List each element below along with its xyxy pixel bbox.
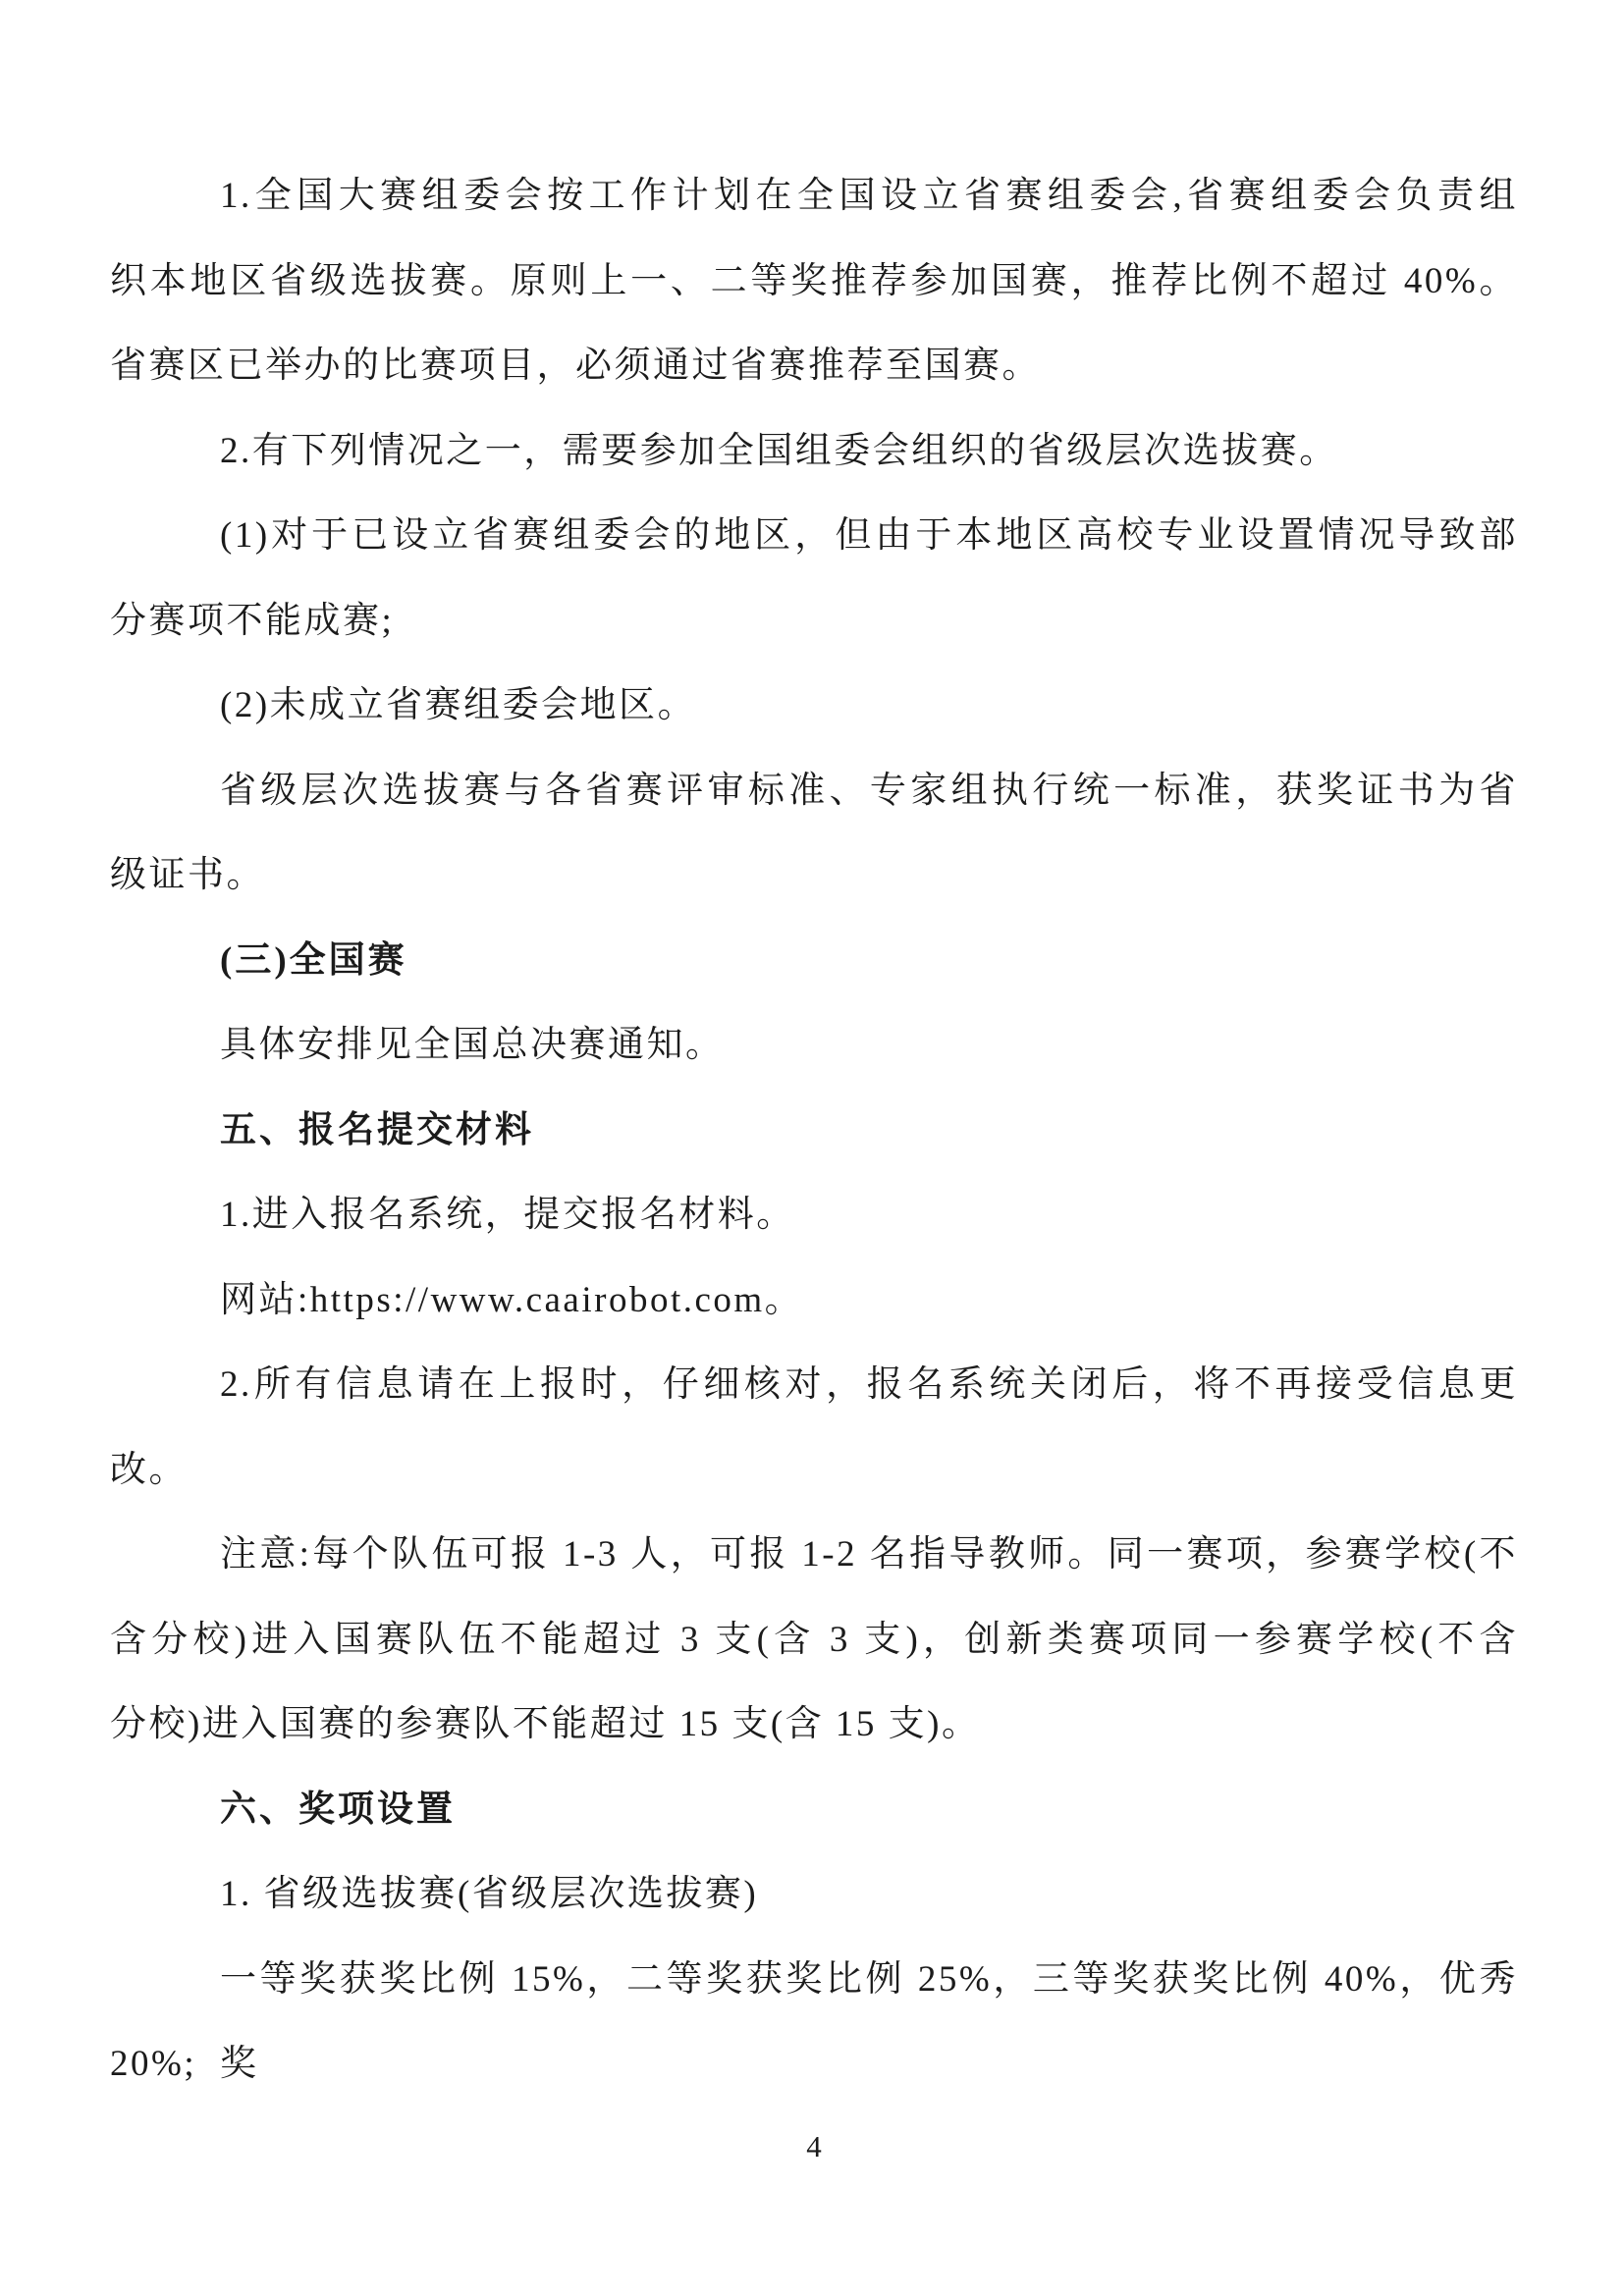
text-line: 分赛项不能成赛; bbox=[110, 579, 1518, 665]
text-line: 一等奖获奖比例 15%，二等奖获奖比例 25%，三等奖获奖比例 40%，优秀奖 bbox=[110, 1938, 1518, 2023]
text-line: 1. 省级选拔赛(省级层次选拔赛) bbox=[110, 1852, 1518, 1938]
text-line: 级证书。 bbox=[110, 833, 1518, 919]
text-line: 注意:每个队伍可报 1-3 人，可报 1-2 名指导教师。同一赛项，参赛学校(不 bbox=[110, 1513, 1518, 1598]
document-content: 1.全国大赛组委会按工作计划在全国设立省赛组委会,省赛组委会负责组 织本地区省级… bbox=[0, 0, 1624, 2176]
text-line: 具体安排见全国总决赛通知。 bbox=[110, 1003, 1518, 1089]
text-line: (1)对于已设立省赛组委会的地区，但由于本地区高校专业设置情况导致部 bbox=[110, 494, 1518, 579]
text-line: (2)未成立省赛组委会地区。 bbox=[110, 664, 1518, 749]
section-heading-registration: 五、报名提交材料 bbox=[110, 1089, 1518, 1174]
text-line: 省赛区已举办的比赛项目，必须通过省赛推荐至国赛。 bbox=[110, 324, 1518, 409]
website-url-line: 网站:https://www.caairobot.com。 bbox=[110, 1258, 1518, 1344]
section-heading-awards: 六、奖项设置 bbox=[110, 1768, 1518, 1853]
text-line: 省级层次选拔赛与各省赛评审标准、专家组执行统一标准，获奖证书为省 bbox=[110, 749, 1518, 834]
text-line: 2.所有信息请在上报时，仔细核对，报名系统关闭后，将不再接受信息更 bbox=[110, 1343, 1518, 1428]
text-line: 2.有下列情况之一，需要参加全国组委会组织的省级层次选拔赛。 bbox=[110, 409, 1518, 495]
page-number: 4 bbox=[110, 2117, 1518, 2176]
section-heading-national-final: (三)全国赛 bbox=[110, 919, 1518, 1004]
text-line: 织本地区省级选拔赛。原则上一、二等奖推荐参加国赛，推荐比例不超过 40%。 bbox=[110, 240, 1518, 325]
text-line: 20%; bbox=[110, 2022, 1518, 2108]
text-line: 1.全国大赛组委会按工作计划在全国设立省赛组委会,省赛组委会负责组 bbox=[110, 154, 1518, 240]
document-page: 1.全国大赛组委会按工作计划在全国设立省赛组委会,省赛组委会负责组 织本地区省级… bbox=[0, 0, 1624, 2296]
text-line: 改。 bbox=[110, 1428, 1518, 1514]
text-line: 分校)进入国赛的参赛队不能超过 15 支(含 15 支)。 bbox=[110, 1682, 1518, 1768]
text-line: 1.进入报名系统，提交报名材料。 bbox=[110, 1173, 1518, 1258]
text-line: 含分校)进入国赛队伍不能超过 3 支(含 3 支)，创新类赛项同一参赛学校(不含 bbox=[110, 1598, 1518, 1683]
